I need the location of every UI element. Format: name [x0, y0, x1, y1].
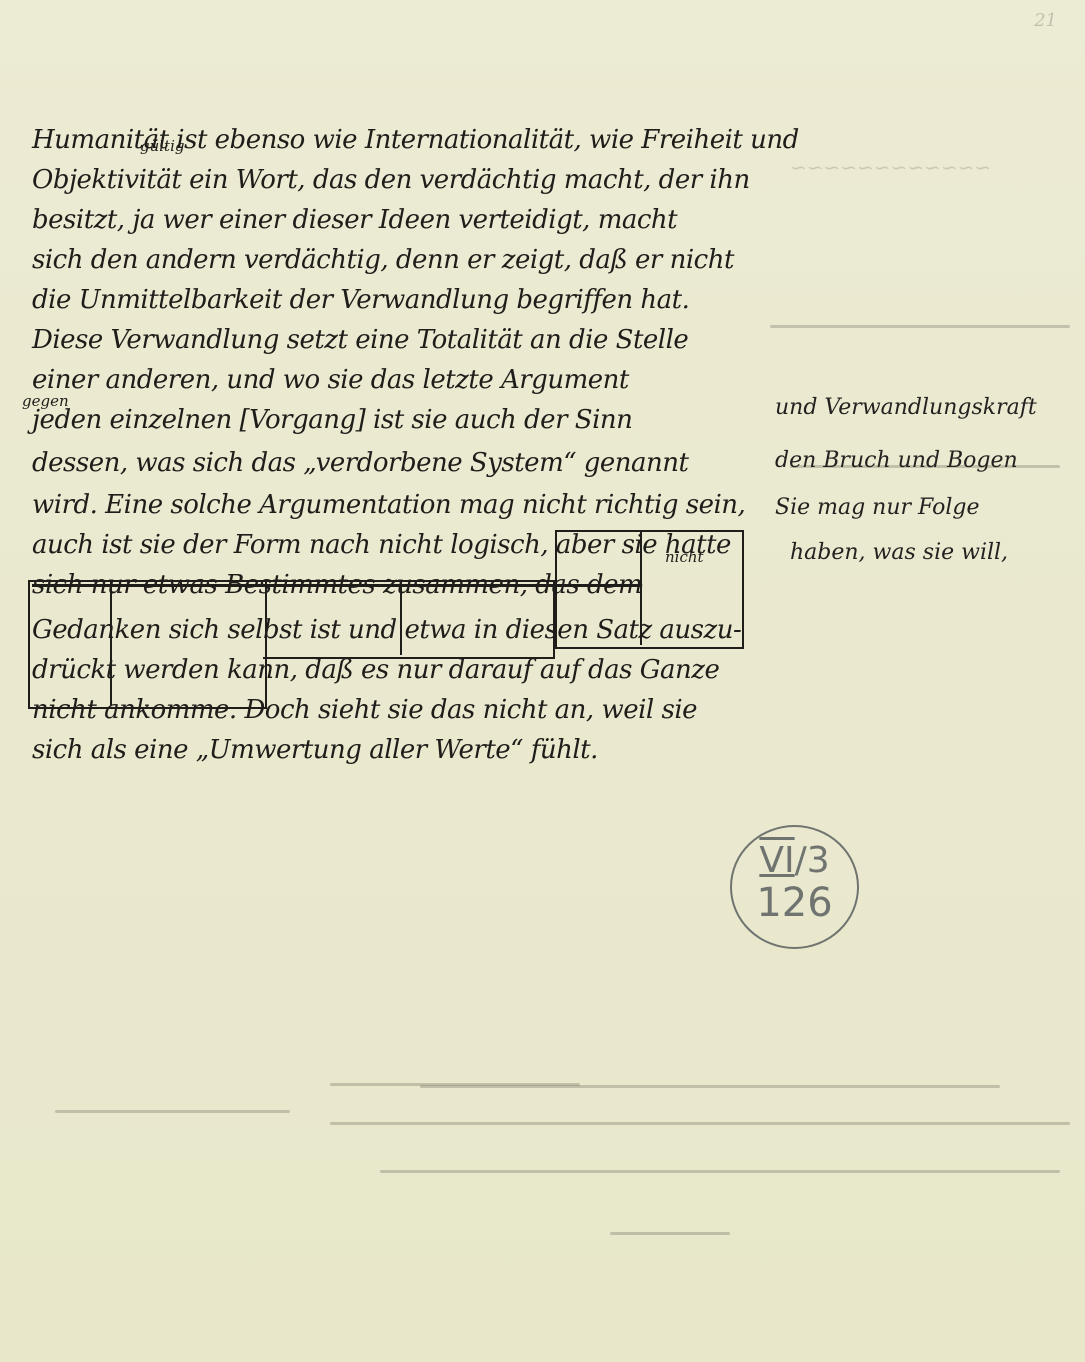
drawn-divider — [110, 580, 112, 705]
drawn-divider — [640, 530, 642, 645]
bleed-through-line — [420, 1085, 1000, 1088]
drawn-box — [28, 580, 267, 709]
manuscript-line: jeden einzelnen [Vorgang] ist sie auch d… — [32, 405, 632, 435]
manuscript-line: besitzt, ja wer einer dieser Ideen verte… — [32, 205, 677, 235]
bleed-through-line — [330, 1122, 1070, 1125]
drawn-box — [263, 580, 555, 659]
page-number: 21 — [1034, 10, 1057, 31]
manuscript-line: sich als eine „Umwertung aller Werte“ fü… — [32, 735, 598, 765]
manuscript-line: Diese Verwandlung setzt eine Totalität a… — [32, 325, 688, 355]
drawn-divider — [400, 580, 402, 655]
margin-note: haben, was sie will, — [790, 540, 1008, 565]
manuscript-line: Objektivität ein Wort, das den verdächti… — [32, 165, 750, 195]
bleed-through-text: ~~~~~~~~~~~~ — [790, 155, 991, 179]
manuscript-line: einer anderen, und wo sie das letzte Arg… — [32, 365, 629, 395]
manuscript-line: die Unmittelbarkeit der Verwandlung begr… — [32, 285, 689, 315]
manuscript-line: dessen, was sich das „verdorbene System“… — [32, 448, 689, 478]
interlinear-note: gültig — [140, 137, 185, 155]
stamp-top: VI/3 — [732, 841, 857, 881]
margin-note: den Bruch und Bogen — [775, 448, 1018, 473]
bleed-through-line — [610, 1232, 730, 1235]
bleed-through-line — [380, 1170, 1060, 1173]
bleed-through-line — [55, 1110, 290, 1113]
manuscript-page: 21 ~~~~~~~~~~~~ Humanität ist ebenso wie… — [0, 0, 1085, 1362]
manuscript-line: sich den andern verdächtig, denn er zeig… — [32, 245, 734, 275]
stamp-folio-number: 126 — [732, 881, 857, 925]
drawn-box — [555, 530, 744, 649]
stamp-subnumber: 3 — [807, 840, 830, 881]
margin-note: und Verwandlungskraft — [775, 395, 1037, 420]
bleed-through-line — [770, 325, 1070, 328]
archive-stamp: VI/3 126 — [730, 825, 859, 949]
stamp-roman-numeral: VI — [759, 840, 794, 881]
margin-note: Sie mag nur Folge — [775, 495, 979, 520]
manuscript-line: wird. Eine solche Argumentation mag nich… — [32, 490, 745, 520]
